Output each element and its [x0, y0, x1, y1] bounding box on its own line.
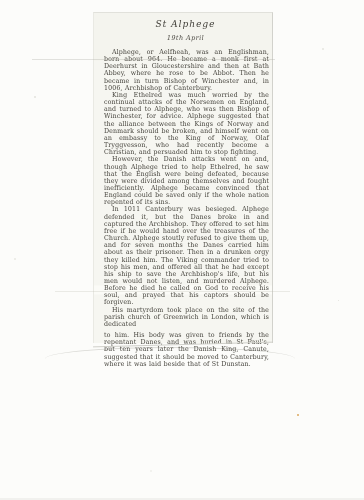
paragraph-intro: Alphege, or Aelfheah, was an Englishman,…	[104, 49, 269, 92]
speckle	[14, 258, 16, 260]
article-page: St Alphege 19th April Alphege, or Aelfhe…	[93, 12, 273, 343]
speckle	[297, 414, 299, 416]
feast-date: 19th April	[104, 34, 267, 42]
paragraph-ethelred: King Ethelred was much worried by the co…	[104, 92, 269, 156]
paragraph-martyrdom: His martyrdom took place on the site of …	[104, 307, 269, 328]
speckle	[34, 96, 36, 98]
page-title: St Alphege	[104, 20, 267, 30]
paragraph-martyrdom-continued: to him. His body was given to friends by…	[104, 332, 269, 368]
article-body: Alphege, or Aelfheah, was an Englishman,…	[104, 49, 269, 368]
speckle	[322, 48, 324, 50]
scan-seam-middle	[55, 291, 290, 292]
speckle	[150, 470, 152, 472]
scan-seam-top	[32, 59, 275, 60]
paragraph-danish-attacks: However, the Danish attacks went on and,…	[104, 156, 269, 206]
scanned-sheet: St Alphege 19th April Alphege, or Aelfhe…	[0, 0, 364, 500]
speckle	[338, 300, 339, 301]
